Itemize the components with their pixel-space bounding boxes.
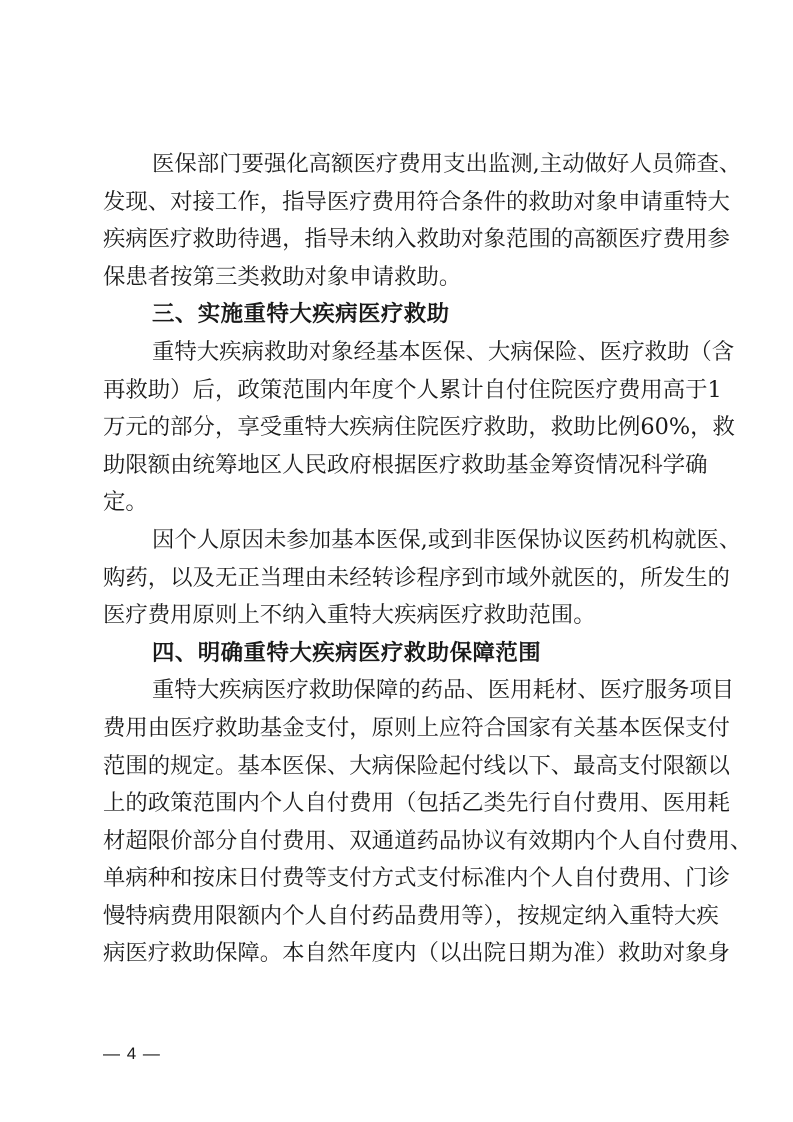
paragraph-line: 再救助）后，政策范围内年度个人累计自付住院医疗费用高于1 <box>103 372 695 410</box>
paragraph-line: 定。 <box>103 484 695 522</box>
paragraph-line: 医疗费用原则上不纳入重特大疾病医疗救助范围。 <box>103 597 695 635</box>
document-page: 医保部门要强化高额医疗费用支出监测,主动做好人员筛查、 发现、对接工作，指导医疗… <box>103 146 695 973</box>
paragraph-line: 发现、对接工作，指导医疗费用符合条件的救助对象申请重特大 <box>103 184 695 222</box>
paragraph-line: 费用由医疗救助基金支付，原则上应符合国家有关基本医保支付 <box>103 710 695 748</box>
paragraph-line: 助限额由统筹地区人民政府根据医疗救助基金筹资情况科学确 <box>103 447 695 485</box>
paragraph-line: 材超限价部分自付费用、双通道药品协议有效期内个人自付费用、 <box>103 823 695 861</box>
paragraph-line: 因个人原因未参加基本医保,或到非医保协议医药机构就医、 <box>103 522 695 560</box>
paragraph-line: 单病种和按床日付费等支付方式支付标准内个人自付费用、门诊 <box>103 860 695 898</box>
paragraph-line: 医保部门要强化高额医疗费用支出监测,主动做好人员筛查、 <box>103 146 695 184</box>
paragraph-line: 重特大疾病救助对象经基本医保、大病保险、医疗救助（含 <box>103 334 695 372</box>
paragraph-line: 疾病医疗救助待遇，指导未纳入救助对象范围的高额医疗费用参 <box>103 221 695 259</box>
page-number: — 4 — <box>103 1044 161 1064</box>
paragraph-line: 慢特病费用限额内个人自付药品费用等），按规定纳入重特大疾 <box>103 898 695 936</box>
paragraph-line: 保患者按第三类救助对象申请救助。 <box>103 259 695 297</box>
paragraph-line: 上的政策范围内个人自付费用（包括乙类先行自付费用、医用耗 <box>103 785 695 823</box>
section-heading-4: 四、明确重特大疾病医疗救助保障范围 <box>103 635 695 673</box>
paragraph-line: 范围的规定。基本医保、大病保险起付线以下、最高支付限额以 <box>103 748 695 786</box>
section-heading-3: 三、实施重特大疾病医疗救助 <box>103 296 695 334</box>
paragraph-line: 病医疗救助保障。本自然年度内（以出院日期为准）救助对象身 <box>103 935 695 973</box>
paragraph-line: 购药，以及无正当理由未经转诊程序到市域外就医的，所发生的 <box>103 560 695 598</box>
paragraph-line: 重特大疾病医疗救助保障的药品、医用耗材、医疗服务项目 <box>103 672 695 710</box>
paragraph-line: 万元的部分，享受重特大疾病住院医疗救助，救助比例60%，救 <box>103 409 695 447</box>
